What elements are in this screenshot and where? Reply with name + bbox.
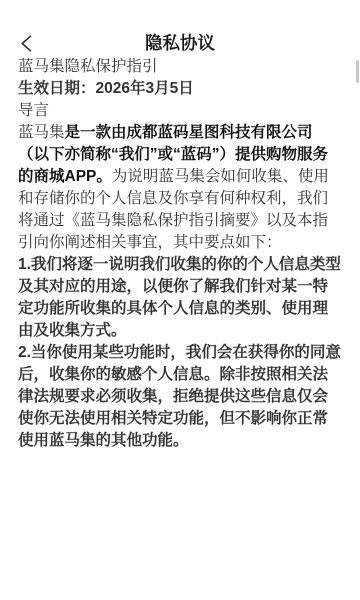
page-title: 隐私协议 [0,33,360,53]
doc-title: 蓝马集隐私保护指引 [18,56,342,78]
effective-date: 生效日期：2026年3月5日 [18,78,342,100]
navbar: 隐私协议 [0,0,360,56]
scrollbar-thumb[interactable] [356,60,359,83]
privacy-policy-screen: 隐私协议 蓝马集隐私保护指引 生效日期：2026年3月5日 导言 蓝马集是一款由… [0,0,360,600]
policy-point-2: 2.当你使用某些功能时，我们会在获得你的同意后，收集你的敏感个人信息。除非按照相… [18,342,342,452]
preface-heading: 导言 [18,100,342,122]
policy-point-1: 1.我们将逐一说明我们收集的你的个人信息类型及其对应的用途，以便你了解我们针对某… [18,254,342,342]
policy-content: 蓝马集隐私保护指引 生效日期：2026年3月5日 导言 蓝马集是一款由成都蓝码星… [0,56,360,452]
intro-app-name: 蓝马集 [18,124,65,141]
intro-paragraph: 蓝马集是一款由成都蓝码星图科技有限公司（以下亦简称“我们”或“蓝码”）提供购物服… [18,122,342,254]
